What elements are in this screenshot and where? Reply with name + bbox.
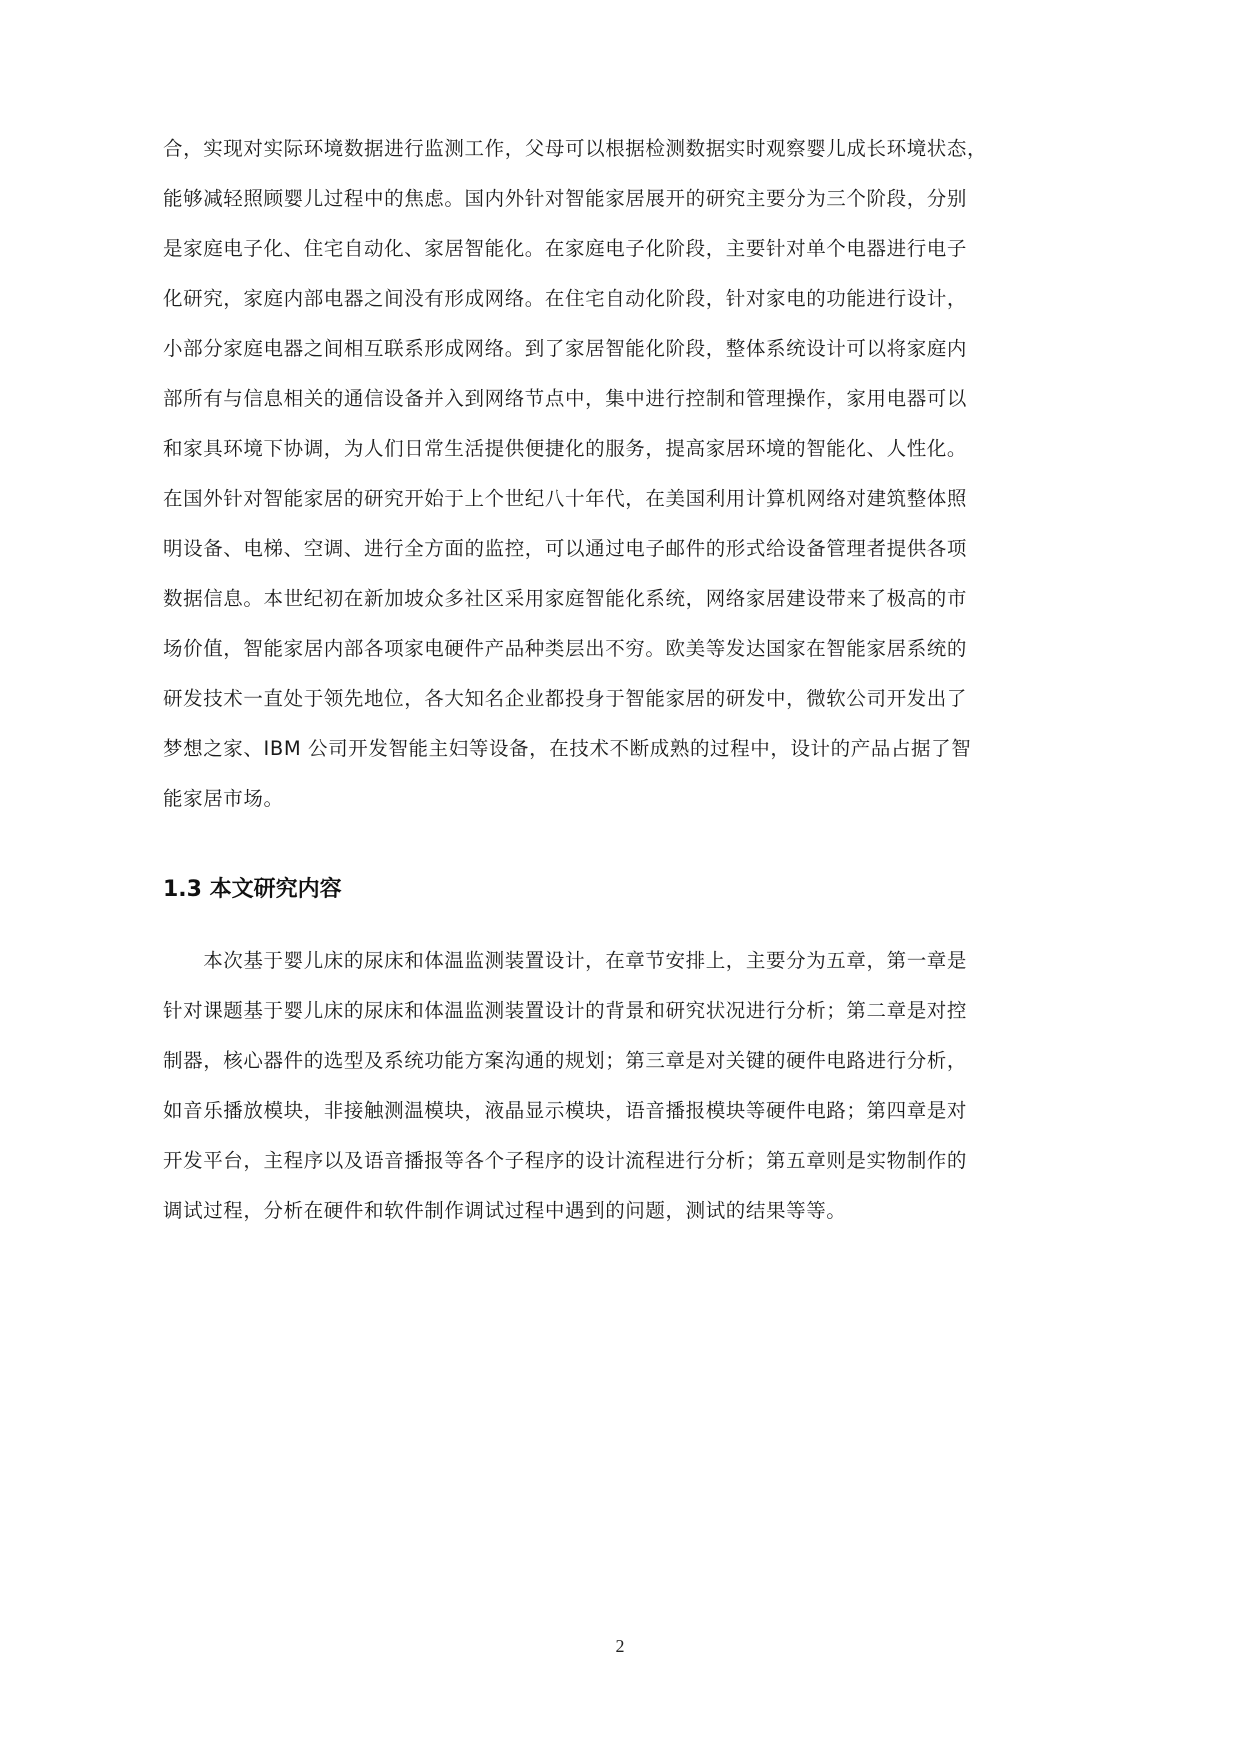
text-line: 是家庭电子化、住宅自动化、家居智能化。在家庭电子化阶段，主要针对单个电器进行电子 [163,236,967,262]
page-number: 2 [0,1636,1240,1657]
text-line: 能家居市场。 [163,786,284,812]
text-line: 研发技术一直处于领先地位，各大知名企业都投身于智能家居的研发中，微软公司开发出了 [163,686,967,712]
text-line: 场价值，智能家居内部各项家电硬件产品种类层出不穷。欧美等发达国家在智能家居系统的 [163,636,967,662]
text-line: 制器，核心器件的选型及系统功能方案沟通的规划；第三章是对关键的硬件电路进行分析， [163,1048,967,1074]
text-line: 明设备、电梯、空调、进行全方面的监控，可以通过电子邮件的形式给设备管理者提供各项 [163,536,967,562]
text-line: 小部分家庭电器之间相互联系形成网络。到了家居智能化阶段，整体系统设计可以将家庭内 [163,336,967,362]
text-line: 和家具环境下协调，为人们日常生活提供便捷化的服务，提高家居环境的智能化、人性化。 [163,436,967,462]
text-line: 开发平台，主程序以及语音播报等各个子程序的设计流程进行分析；第五章则是实物制作的 [163,1148,967,1174]
text-line: 调试过程，分析在硬件和软件制作调试过程中遇到的问题，测试的结果等等。 [163,1198,846,1224]
text-line: 部所有与信息相关的通信设备并入到网络节点中，集中进行控制和管理操作，家用电器可以 [163,386,967,412]
text-line: 能够减轻照顾婴儿过程中的焦虑。国内外针对智能家居展开的研究主要分为三个阶段，分别 [163,186,967,212]
section-heading: 1.3 本文研究内容 [163,872,342,903]
text-line: 针对课题基于婴儿床的尿床和体温监测装置设计的背景和研究状况进行分析；第二章是对控 [163,998,967,1024]
text-line: 化研究，家庭内部电器之间没有形成网络。在住宅自动化阶段，针对家电的功能进行设计， [163,286,967,312]
document-page: 合，实现对实际环境数据进行监测工作，父母可以根据检测数据实时观察婴儿成长环境状态… [0,0,1240,1754]
text-line: 梦想之家、IBM 公司开发智能主妇等设备，在技术不断成熟的过程中，设计的产品占据… [163,736,971,762]
text-line: 如音乐播放模块，非接触测温模块，液晶显示模块，语音播报模块等硬件电路；第四章是对 [163,1098,967,1124]
text-line: 本次基于婴儿床的尿床和体温监测装置设计，在章节安排上，主要分为五章，第一章是 [163,948,967,974]
text-line: 数据信息。本世纪初在新加坡众多社区采用家庭智能化系统，网络家居建设带来了极高的市 [163,586,967,612]
text-line: 在国外针对智能家居的研究开始于上个世纪八十年代，在美国利用计算机网络对建筑整体照 [163,486,967,512]
text-line: 合，实现对实际环境数据进行监测工作，父母可以根据检测数据实时观察婴儿成长环境状态… [163,136,987,162]
